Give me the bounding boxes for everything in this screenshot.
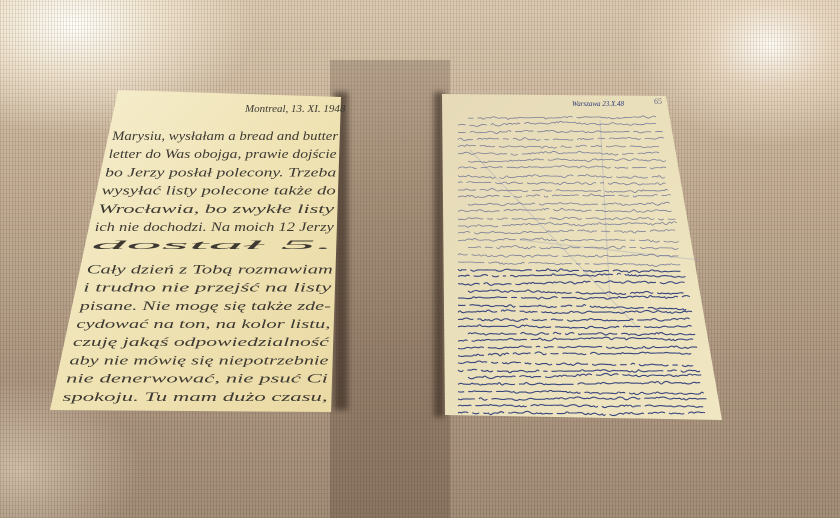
page-number: 65: [654, 97, 662, 106]
right-letter: Warszawa 23.X.4865: [0, 0, 840, 518]
letter-date-header: Warszawa 23.X.48: [572, 100, 625, 108]
